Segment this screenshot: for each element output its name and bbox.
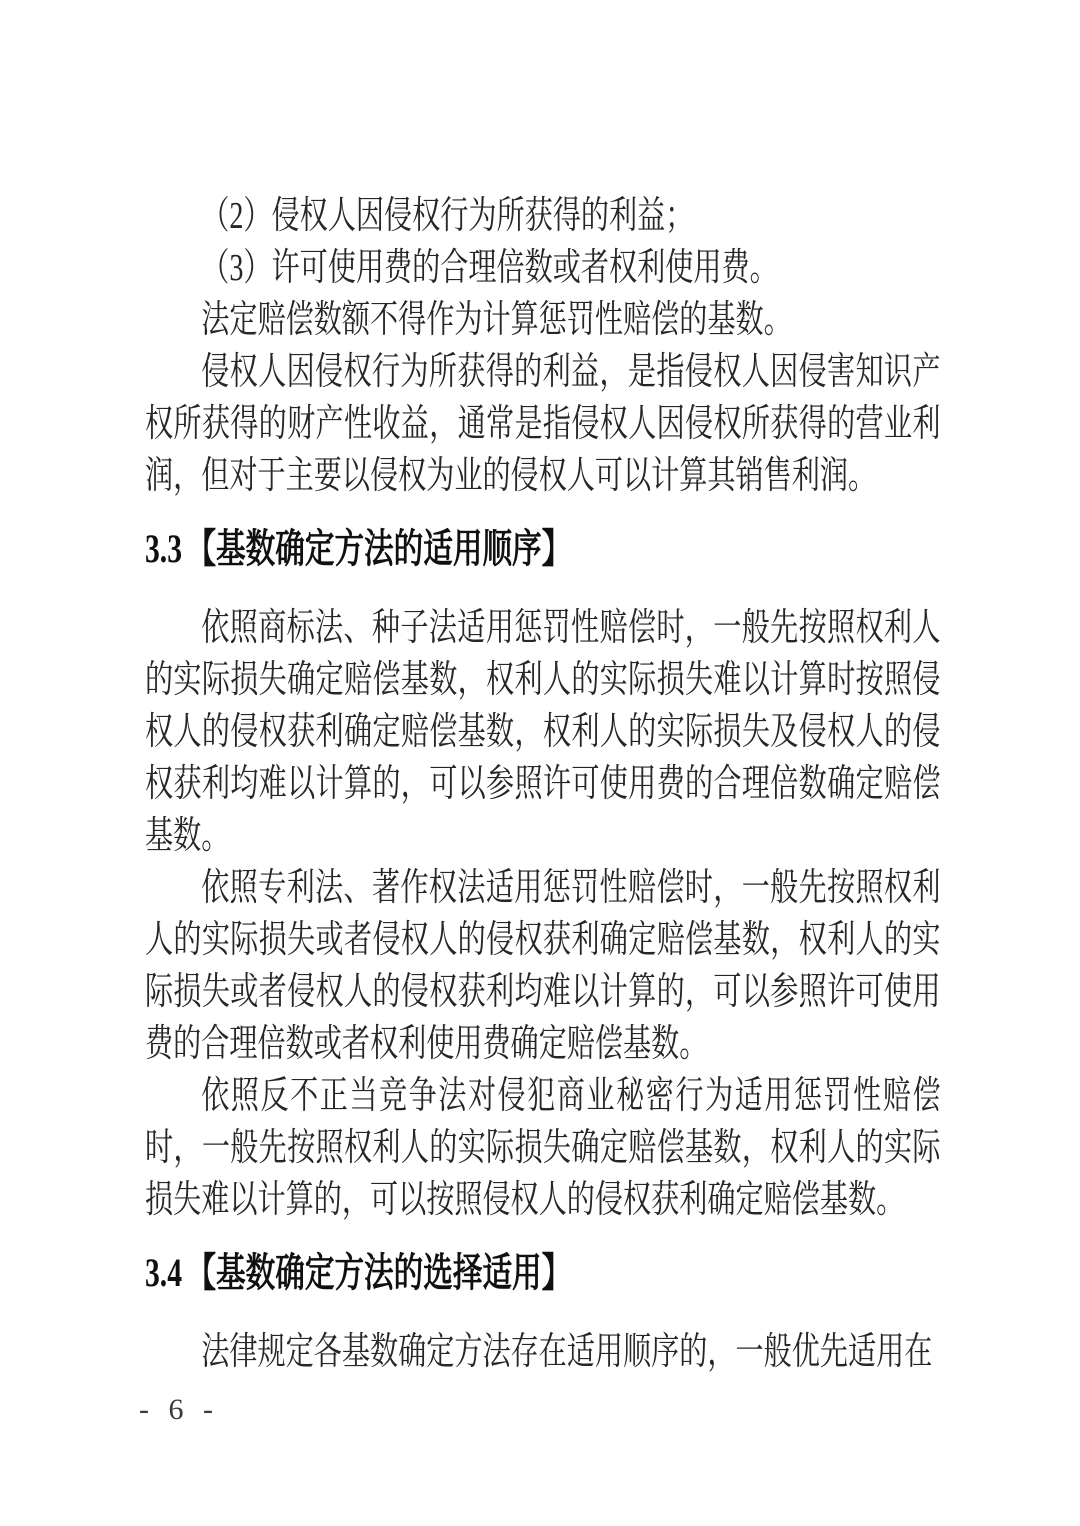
paragraph-list-item-2: （2）侵权人因侵权行为所获得的利益； [145, 190, 941, 242]
paragraph-unfair-competition-law: 依照反不正当竞争法对侵犯商业秘密行为适用惩罚性赔偿时，一般先按照权利人的实际损失… [145, 1070, 941, 1226]
page-footer: - 6 - [139, 1392, 219, 1428]
paragraph-list-item-3: （3）许可使用费的合理倍数或者权利使用费。 [145, 242, 941, 294]
section-heading-3-4: 3.4【基数确定方法的选择适用】 [145, 1246, 941, 1300]
document-body: （2）侵权人因侵权行为所获得的利益； （3）许可使用费的合理倍数或者权利使用费。… [145, 190, 941, 1378]
document-page: （2）侵权人因侵权行为所获得的利益； （3）许可使用费的合理倍数或者权利使用费。… [0, 0, 1080, 1526]
paragraph-statutory-damages-base: 法定赔偿数额不得作为计算惩罚性赔偿的基数。 [145, 294, 941, 346]
section-heading-3-3: 3.3【基数确定方法的适用顺序】 [145, 522, 941, 576]
paragraph-infringer-gains-definition: 侵权人因侵权行为所获得的利益，是指侵权人因侵害知识产权所获得的财产性收益，通常是… [145, 346, 941, 502]
section-title: 【基数确定方法的选择适用】 [186, 1250, 571, 1295]
page-number: - 6 - [139, 1393, 219, 1426]
paragraph-patent-copyright-law: 依照专利法、著作权法适用惩罚性赔偿时，一般先按照权利人的实际损失或者侵权人的侵权… [145, 862, 941, 1070]
section-number: 3.3 [145, 526, 182, 571]
paragraph-method-selection: 法律规定各基数确定方法存在适用顺序的，一般优先适用在 [145, 1326, 941, 1378]
section-title: 【基数确定方法的适用顺序】 [186, 526, 571, 571]
section-number: 3.4 [145, 1250, 182, 1295]
paragraph-trademark-seed-law: 依照商标法、种子法适用惩罚性赔偿时，一般先按照权利人的实际损失确定赔偿基数，权利… [145, 602, 941, 862]
